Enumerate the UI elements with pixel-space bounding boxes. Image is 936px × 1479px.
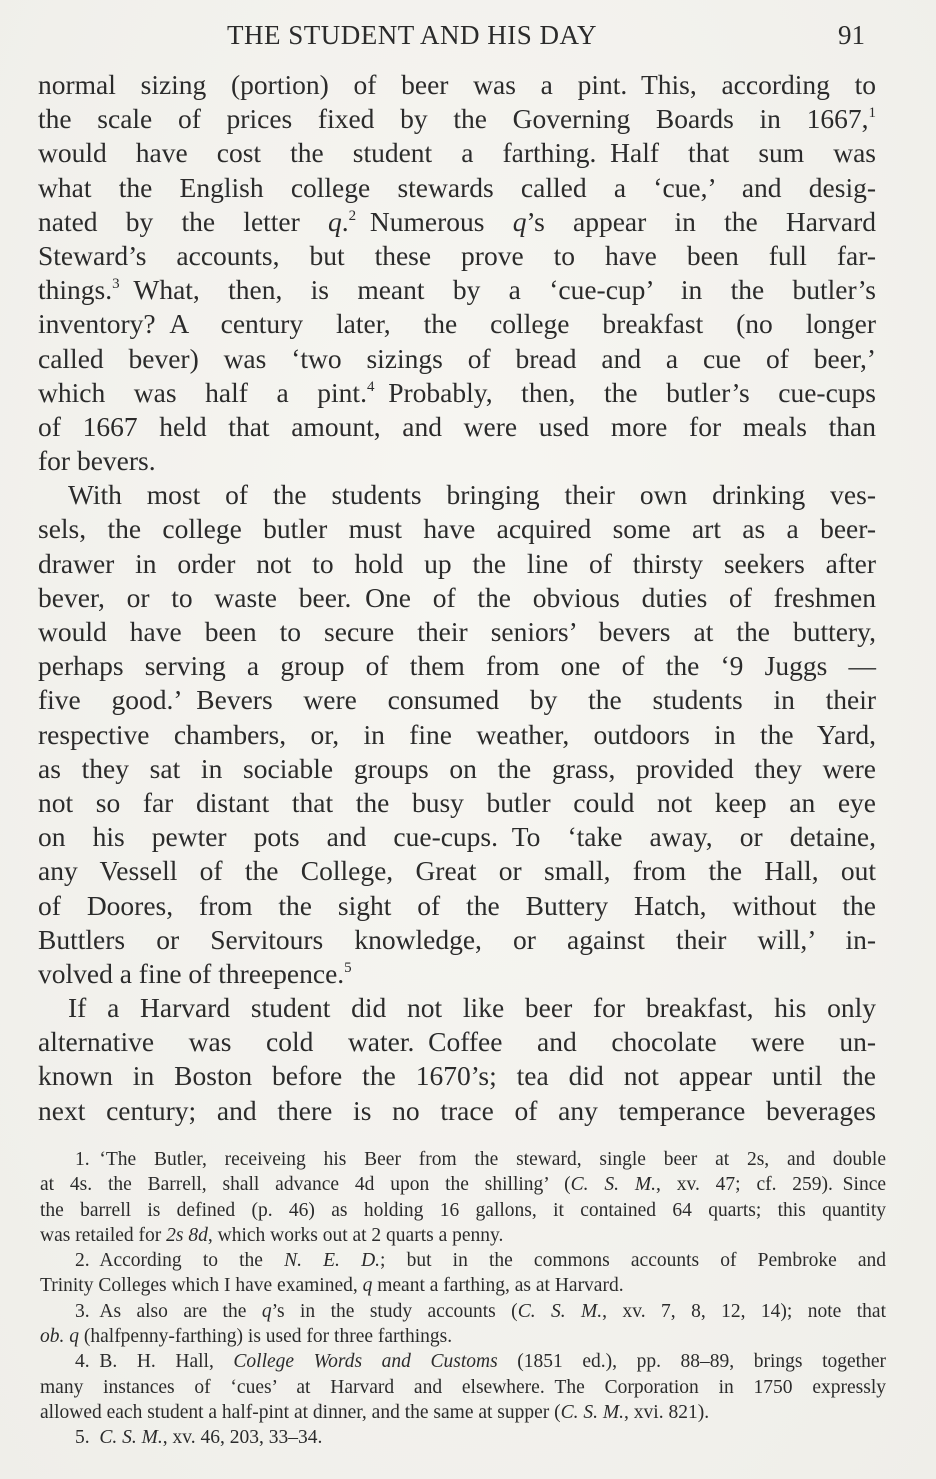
text-segment: Numerous (356, 206, 513, 237)
text-segment: of Doores, from the sight of the Buttery… (38, 890, 876, 921)
text-segment: would have been to secure their seniors’… (38, 616, 876, 647)
text-segment: the scale of prices fixed by the Governi… (38, 103, 869, 134)
text-segment: of 1667 held that amount, and were used … (38, 411, 876, 442)
running-title: THE STUDENT AND HIS DAY (227, 20, 597, 51)
text-segment: ’s appear in the Harvard (526, 206, 876, 237)
body-line: called bever) was ‘two sizings of bread … (38, 342, 876, 376)
text-segment: drawer in order not to hold up the line … (38, 548, 876, 579)
body-line: Steward’s accounts, but these prove to h… (38, 239, 876, 273)
body-line: of Doores, from the sight of the Buttery… (38, 889, 876, 923)
body-line: five good.’ Bevers were consumed by the … (38, 683, 876, 717)
body-line: If a Harvard student did not like beer f… (38, 991, 876, 1025)
text-segment: the barrell is defined (p. 46) as holdin… (40, 1200, 886, 1221)
body-line: With most of the students bringing their… (38, 478, 876, 512)
text-segment: 4. B. H. Hall, (75, 1351, 233, 1372)
text-segment: perhaps serving a group of them from one… (38, 650, 876, 681)
text-segment: What, then, is meant by a ‘cue-cup’ in t… (120, 274, 876, 305)
page-header: THE STUDENT AND HIS DAY 91 (0, 20, 936, 54)
italic-text: C. S. M. (518, 1301, 602, 1322)
text-segment: inventory? A century later, the college … (38, 308, 876, 339)
footnote-marker: 3 (112, 276, 120, 292)
italic-text: C. S. M. (561, 1402, 624, 1423)
body-line: respective chambers, or, in fine weather… (38, 718, 876, 752)
footnote-line: 3. As also are the q’s in the study acco… (40, 1299, 886, 1324)
body-line: of 1667 held that amount, and were used … (38, 410, 876, 444)
text-segment: meant a farthing, as at Harvard. (372, 1275, 623, 1296)
text-segment: as they sat in sociable groups on the gr… (38, 753, 876, 784)
footnote-line: allowed each student a half-pint at dinn… (40, 1400, 886, 1425)
text-segment: which was half a pint. (38, 377, 367, 408)
text-segment: ; but in the commons accounts of Pembrok… (380, 1250, 886, 1271)
body-line: alternative was cold water. Coffee and c… (38, 1025, 876, 1059)
text-segment: (halfpenny-farthing) is used for three f… (79, 1326, 452, 1347)
text-segment: Trinity Colleges which I have examined, (40, 1275, 363, 1296)
text-segment: called bever) was ‘two sizings of bread … (38, 343, 876, 374)
italic-text: College Words and Customs (233, 1351, 497, 1372)
book-page: THE STUDENT AND HIS DAY 91 normal sizing… (0, 0, 936, 1479)
text-segment: 1. ‘The Butler, receiveing his Beer from… (75, 1149, 886, 1170)
footnote-line: Trinity Colleges which I have examined, … (40, 1273, 886, 1298)
footnote-marker: 5 (344, 960, 352, 976)
body-line: things.3 What, then, is meant by a ‘cue-… (38, 273, 876, 307)
footnote-line: the barrell is defined (p. 46) as holdin… (40, 1198, 886, 1223)
italic-text: C. S. M. (99, 1427, 162, 1448)
text-segment: many instances of ‘cues’ at Harvard and … (40, 1377, 886, 1398)
text-segment: (1851 ed.), pp. 88–89, brings together (498, 1351, 886, 1372)
text-segment: sels, the college butler must have acqui… (38, 513, 876, 544)
footnote-line: 5. C. S. M., xv. 46, 203, 33–34. (40, 1425, 886, 1450)
body-line: normal sizing (portion) of beer was a pi… (38, 68, 876, 102)
body-line: would have been to secure their seniors’… (38, 615, 876, 649)
text-segment: respective chambers, or, in fine weather… (38, 719, 876, 750)
text-segment: Probably, then, the butler’s cue-cups (374, 377, 876, 408)
body-line: not so far distant that the busy butler … (38, 786, 876, 820)
body-line: Buttlers or Servitours knowledge, or aga… (38, 923, 876, 957)
body-line: any Vessell of the College, Great or sma… (38, 854, 876, 888)
body-line: volved a fine of threepence.5 (38, 957, 876, 991)
footnote-line: at 4s. the Barrell, shall advance 4d upo… (40, 1172, 886, 1197)
text-segment: 5. (75, 1427, 99, 1448)
body-line: sels, the college butler must have acqui… (38, 512, 876, 546)
text-segment: what the English college stewards called… (38, 172, 876, 203)
text-segment: , which works out at 2 quarts a penny. (208, 1225, 504, 1246)
text-segment: 3. As also are the (75, 1301, 262, 1322)
text-segment: at 4s. the Barrell, shall advance 4d upo… (40, 1174, 571, 1195)
text-segment: Steward’s accounts, but these prove to h… (38, 240, 876, 271)
body-line: bever, or to waste beer. One of the obvi… (38, 581, 876, 615)
text-segment: If a Harvard student did not like beer f… (68, 992, 876, 1023)
footnote-line: 2. According to the N. E. D.; but in the… (40, 1248, 886, 1273)
text-segment: would have cost the student a farthing. … (38, 137, 876, 168)
italic-text: q (328, 206, 342, 237)
text-segment: allowed each student a half-pint at dinn… (40, 1402, 561, 1423)
text-segment: normal sizing (portion) of beer was a pi… (38, 69, 876, 100)
footnote-marker: 1 (869, 105, 877, 121)
body-line: inventory? A century later, the college … (38, 307, 876, 341)
italic-text: q (513, 206, 527, 237)
body-line: which was half a pint.4 Probably, then, … (38, 376, 876, 410)
text-segment: bever, or to waste beer. One of the obvi… (38, 582, 876, 613)
italic-text: 2s 8d (166, 1225, 208, 1246)
text-segment: , xv. 7, 8, 12, 14); note that (602, 1301, 886, 1322)
text-segment: known in Boston before the 1670’s; tea d… (38, 1060, 876, 1091)
footnote-line: was retailed for 2s 8d, which works out … (40, 1223, 886, 1248)
text-segment: nated by the letter (38, 206, 328, 237)
text-segment: five good.’ Bevers were consumed by the … (38, 684, 876, 715)
text-segment: any Vessell of the College, Great or sma… (38, 855, 876, 886)
text-segment: things. (38, 274, 112, 305)
footnote-line: 4. B. H. Hall, College Words and Customs… (40, 1349, 886, 1374)
page-number: 91 (838, 20, 865, 51)
body-line: on his pewter pots and cue-cups. To ‘tak… (38, 820, 876, 854)
body-line: as they sat in sociable groups on the gr… (38, 752, 876, 786)
text-segment: for bevers. (38, 445, 156, 476)
body-line: next century; and there is no trace of a… (38, 1094, 876, 1128)
italic-text: N. E. D. (284, 1250, 380, 1271)
text-segment: volved a fine of threepence. (38, 958, 344, 989)
text-segment: 2. According to the (75, 1250, 284, 1271)
text-segment: next century; and there is no trace of a… (38, 1095, 876, 1126)
body-line: drawer in order not to hold up the line … (38, 547, 876, 581)
text-segment: , xv. 47; cf. 259). Since (656, 1174, 886, 1195)
text-segment: With most of the students bringing their… (68, 479, 876, 510)
body-line: nated by the letter q.2 Numerous q’s app… (38, 205, 876, 239)
text-segment: alternative was cold water. Coffee and c… (38, 1026, 876, 1057)
body-line: known in Boston before the 1670’s; tea d… (38, 1059, 876, 1093)
text-segment: not so far distant that the busy butler … (38, 787, 876, 818)
italic-text: q (363, 1275, 373, 1296)
footnotes: 1. ‘The Butler, receiveing his Beer from… (40, 1147, 886, 1451)
footnote-line: 1. ‘The Butler, receiveing his Beer from… (40, 1147, 886, 1172)
footnote-line: ob. q (halfpenny-farthing) is used for t… (40, 1324, 886, 1349)
italic-text: ob. q (40, 1326, 79, 1347)
text-segment: on his pewter pots and cue-cups. To ‘tak… (38, 821, 876, 852)
footnote-line: many instances of ‘cues’ at Harvard and … (40, 1375, 886, 1400)
body-line: what the English college stewards called… (38, 171, 876, 205)
text-segment: . (342, 206, 349, 237)
italic-text: C. S. M. (571, 1174, 656, 1195)
italic-text: q (262, 1301, 272, 1322)
body-line: for bevers. (38, 444, 876, 478)
body-line: the scale of prices fixed by the Governi… (38, 102, 876, 136)
text-segment: Buttlers or Servitours knowledge, or aga… (38, 924, 876, 955)
text-segment: , xvi. 821). (624, 1402, 709, 1423)
text-segment: , xv. 46, 203, 33–34. (163, 1427, 323, 1448)
body-line: perhaps serving a group of them from one… (38, 649, 876, 683)
body-text: normal sizing (portion) of beer was a pi… (38, 68, 876, 1128)
text-segment: ’s in the study accounts ( (272, 1301, 518, 1322)
body-line: would have cost the student a farthing. … (38, 136, 876, 170)
text-segment: was retailed for (40, 1225, 166, 1246)
